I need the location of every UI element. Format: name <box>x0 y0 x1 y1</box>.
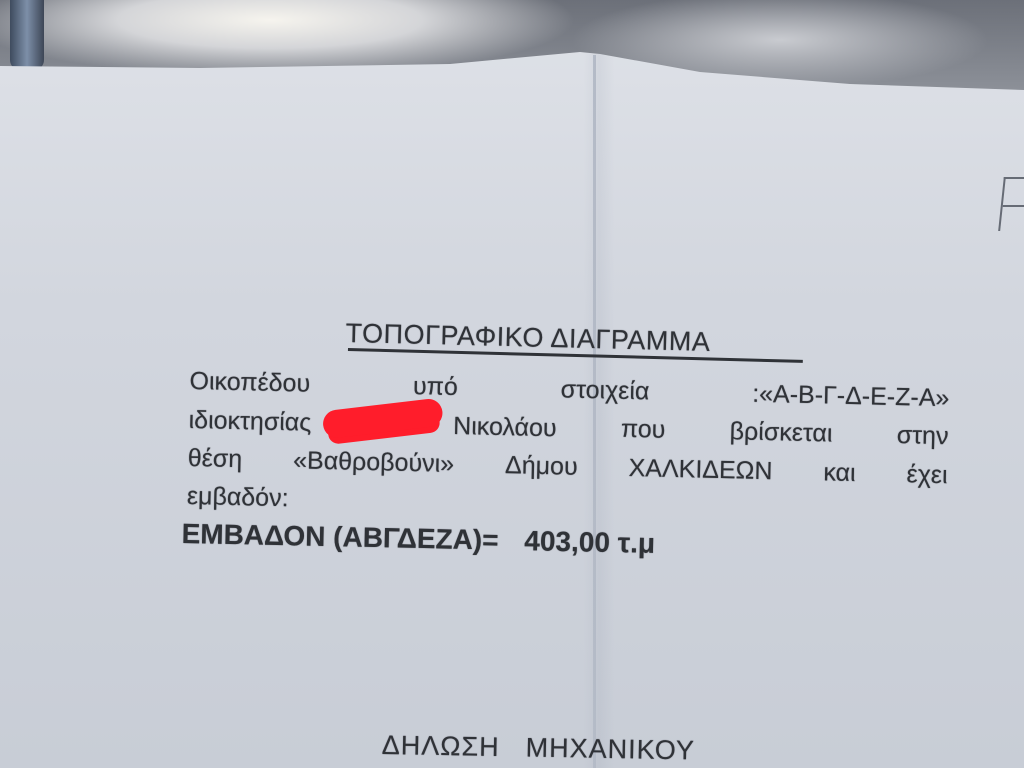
background-object <box>10 0 44 70</box>
table-corner-fragment <box>998 177 1024 231</box>
redaction-mark <box>321 397 443 439</box>
area-value: 403,00 τ.μ <box>524 525 655 559</box>
description-paragraph: Οικοπέδου υπό στοιχεία :«Α-Β-Γ-Δ-Ε-Ζ-Α» … <box>187 362 950 532</box>
area-statement: ΕΜΒΑΔΟΝ (ΑΒΓΔΕΖΑ)= 403,00 τ.μ <box>181 518 655 560</box>
area-label: ΕΜΒΑΔΟΝ (ΑΒΓΔΕΖΑ)= <box>181 518 499 556</box>
engineer-declaration-heading: ΔΗΛΩΣΗΜΗΧΑΝΙΚΟΥ <box>381 730 695 766</box>
paper-sheet: ΤΟΠΟΓΡΑΦΙΚΟ ΔΙΑΓΡΑΜΜΑ Οικοπέδου υπό στοι… <box>0 0 1024 768</box>
